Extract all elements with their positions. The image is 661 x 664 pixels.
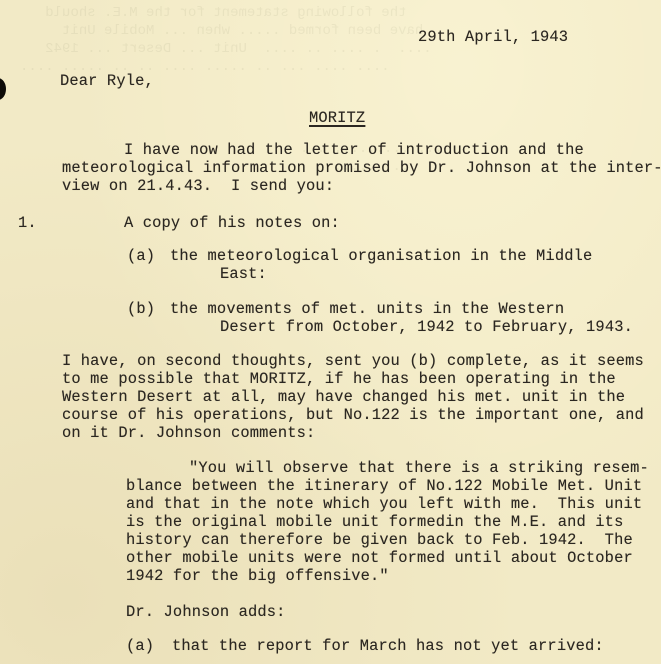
quote-line-3: and that in the note which you left with… xyxy=(126,495,642,513)
intro-line-2: meteorological information promised by D… xyxy=(62,159,661,177)
subitem-b-label: (b) xyxy=(127,300,155,318)
paragraph2-line-5: on it Dr. Johnson comments: xyxy=(62,424,315,442)
item-number: 1. xyxy=(18,214,37,232)
quote-line-5: history can therefore be given back to F… xyxy=(126,531,633,549)
quote-line-7: 1942 for the big offensive." xyxy=(126,567,389,585)
quote-line-6: other mobile units were not formed until… xyxy=(126,549,633,567)
adds-item-a-label: (a) xyxy=(126,637,154,655)
subitem-a-line-2: East: xyxy=(220,265,267,283)
subitem-b-line-1: the movements of met. units in the Weste… xyxy=(170,300,564,318)
subitem-b-line-2: Desert from October, 1942 to February, 1… xyxy=(220,318,633,336)
subitem-a-line-1: the meteorological organisation in the M… xyxy=(170,247,592,265)
adds-intro: Dr. Johnson adds: xyxy=(126,603,286,621)
letter-heading: MORITZ xyxy=(309,109,365,127)
paragraph2-line-2: to me possible that MORITZ, if he has be… xyxy=(62,370,616,388)
intro-line-1: I have now had the letter of introductio… xyxy=(124,141,584,159)
intro-line-3: view on 21.4.43. I send you: xyxy=(62,177,334,195)
quote-line-1: "You will observe that there is a striki… xyxy=(189,459,649,477)
paragraph2-line-3: Western Desert at all, may have changed … xyxy=(62,388,625,406)
paragraph2-line-4: course of his operations, but No.122 is … xyxy=(62,406,644,424)
adds-item-a-text: that the report for March has not yet ar… xyxy=(172,637,604,655)
bleed-through-text: the following statement for the M.E. sho… xyxy=(20,4,457,76)
item-text: A copy of his notes on: xyxy=(124,214,340,232)
subitem-a-label: (a) xyxy=(127,247,155,265)
paragraph2-line-1: I have, on second thoughts, sent you (b)… xyxy=(62,352,644,370)
quote-line-2: blance between the itinerary of No.122 M… xyxy=(126,477,642,495)
salutation: Dear Ryle, xyxy=(60,72,154,90)
letter-date: 29th April, 1943 xyxy=(418,28,568,46)
quote-line-4: is the original mobile unit formedin the… xyxy=(126,513,623,531)
